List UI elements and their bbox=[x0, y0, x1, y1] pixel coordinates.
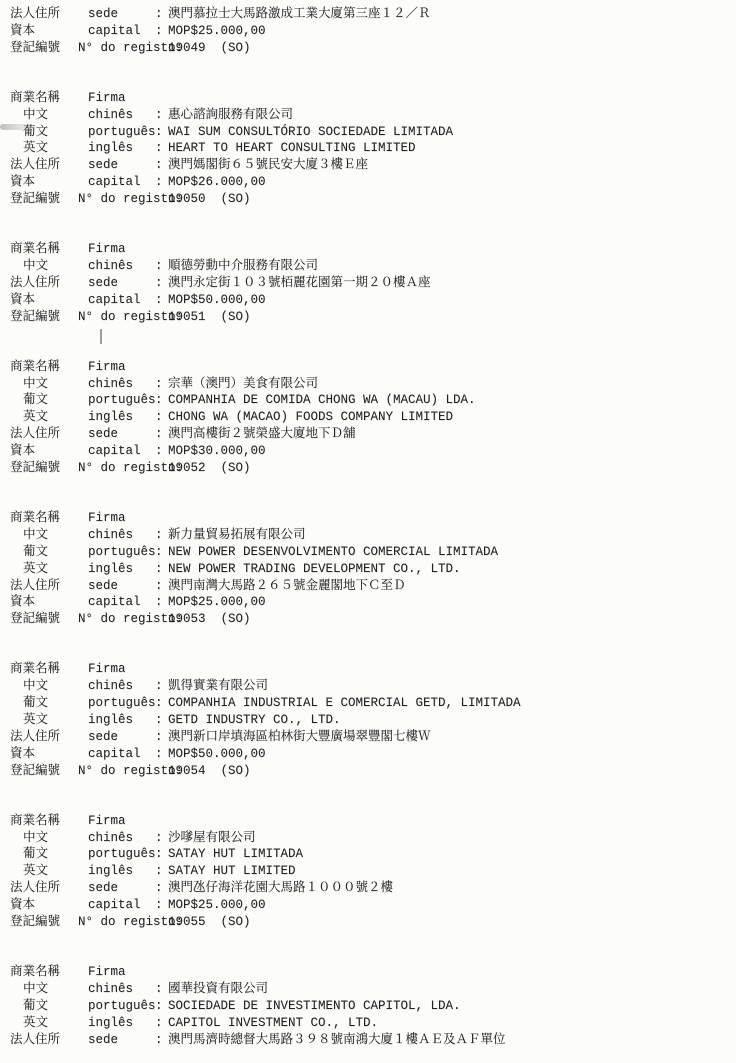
capital-value: MOP$26.000,00 bbox=[168, 174, 728, 191]
label-zh: 登記編號 bbox=[10, 914, 78, 931]
row-english-name: 英文 inglês : NEW POWER TRADING DEVELOPMEN… bbox=[10, 561, 728, 578]
row-capital: 資本 capital : MOP$26.000,00 bbox=[10, 174, 728, 191]
label-pt: N° do registo: bbox=[78, 309, 168, 326]
row-registered-office: 法人住所 sede : 澳門高樓街２號榮盛大廈地下Ｄ舖 bbox=[10, 426, 728, 443]
row-chinese-name: 中文 chinês : 惠心諮詢服務有限公司 bbox=[10, 107, 728, 124]
label-pt: inglês bbox=[88, 409, 155, 426]
row-capital: 資本 capital : MOP$50.000,00 bbox=[10, 292, 728, 309]
company-record: 商業名稱 Firma 中文 chinês : 新力量貿易拓展有限公司 葡文 po… bbox=[10, 510, 728, 628]
row-english-name: 英文 inglês : SATAY HUT LIMITED bbox=[10, 863, 728, 880]
row-portuguese-name: 葡文 português : COMPANHIA INDUSTRIAL E CO… bbox=[10, 695, 728, 712]
capital-value: MOP$25.000,00 bbox=[168, 594, 728, 611]
registration-number-value: 19054 (SO) bbox=[168, 763, 728, 780]
label-pt: capital bbox=[88, 897, 155, 914]
english-name-value: CHONG WA (MACAO) FOODS COMPANY LIMITED bbox=[168, 409, 728, 426]
label-zh: 商業名稱 bbox=[10, 359, 88, 376]
capital-value: MOP$25.000,00 bbox=[168, 897, 728, 914]
label-pt: inglês bbox=[88, 140, 155, 157]
row-business-name: 商業名稱 Firma bbox=[10, 661, 728, 678]
registration-number-value: 19052 (SO) bbox=[168, 460, 728, 477]
row-business-name: 商業名稱 Firma bbox=[10, 510, 728, 527]
label-zh: 葡文 bbox=[10, 392, 88, 409]
colon: : bbox=[155, 561, 168, 578]
label-zh: 法人住所 bbox=[10, 729, 88, 746]
label-pt: chinês bbox=[88, 258, 155, 275]
company-record: 商業名稱 Firma 中文 chinês : 惠心諮詢服務有限公司 葡文 por… bbox=[10, 90, 728, 208]
label-pt: Firma bbox=[88, 964, 155, 981]
colon: : bbox=[155, 746, 168, 763]
capital-value: MOP$25.000,00 bbox=[168, 23, 728, 40]
chinese-name-value: 順德勞動中介服務有限公司 bbox=[168, 258, 728, 275]
portuguese-name-value: COMPANHIA DE COMIDA CHONG WA (MACAU) LDA… bbox=[168, 392, 728, 409]
colon: : bbox=[155, 712, 168, 729]
row-english-name: 英文 inglês : HEART TO HEART CONSULTING LI… bbox=[10, 140, 728, 157]
label-zh: 商業名稱 bbox=[10, 964, 88, 981]
portuguese-name-value: SOCIEDADE DE INVESTIMENTO CAPITOL, LDA. bbox=[168, 998, 728, 1015]
colon: : bbox=[155, 292, 168, 309]
colon: : bbox=[155, 594, 168, 611]
registered-office-value: 澳門氹仔海洋花園大馬路１０００號２樓 bbox=[168, 880, 728, 897]
label-pt: capital bbox=[88, 594, 155, 611]
label-pt: sede bbox=[88, 880, 155, 897]
colon: : bbox=[155, 863, 168, 880]
capital-value: MOP$50.000,00 bbox=[168, 292, 728, 309]
label-zh: 商業名稱 bbox=[10, 241, 88, 258]
colon: : bbox=[155, 678, 168, 695]
row-business-name: 商業名稱 Firma bbox=[10, 813, 728, 830]
row-registration-number: 登記編號 N° do registo: 19054 (SO) bbox=[10, 763, 728, 780]
colon: : bbox=[155, 140, 168, 157]
company-record: 法人住所 sede : 澳門慕拉士大馬路激成工業大廈第三座１２／Ｒ 資本 cap… bbox=[10, 6, 728, 57]
label-pt: chinês bbox=[88, 830, 155, 847]
company-record: 商業名稱 Firma 中文 chinês : 順德勞動中介服務有限公司 法人住所… bbox=[10, 241, 728, 326]
label-pt: português bbox=[88, 392, 155, 409]
portuguese-name-value: WAI SUM CONSULTÓRIO SOCIEDADE LIMITADA bbox=[168, 124, 728, 141]
label-zh: 登記編號 bbox=[10, 460, 78, 477]
company-record: 商業名稱 Firma 中文 chinês : 凱得實業有限公司 葡文 portu… bbox=[10, 661, 728, 779]
colon: : bbox=[155, 107, 168, 124]
label-pt: Firma bbox=[88, 90, 155, 107]
row-english-name: 英文 inglês : GETD INDUSTRY CO., LTD. bbox=[10, 712, 728, 729]
label-pt: capital bbox=[88, 443, 155, 460]
label-zh: 資本 bbox=[10, 443, 88, 460]
english-name-value: CAPITOL INVESTMENT CO., LTD. bbox=[168, 1015, 728, 1032]
label-pt: Firma bbox=[88, 661, 155, 678]
row-registration-number: 登記編號 N° do registo: 19051 (SO) bbox=[10, 309, 728, 326]
colon: : bbox=[155, 998, 168, 1015]
colon: : bbox=[155, 527, 168, 544]
label-pt: capital bbox=[88, 174, 155, 191]
colon: : bbox=[155, 409, 168, 426]
label-zh: 資本 bbox=[10, 23, 88, 40]
label-zh: 資本 bbox=[10, 174, 88, 191]
chinese-name-value: 新力量貿易拓展有限公司 bbox=[168, 527, 728, 544]
label-zh: 葡文 bbox=[10, 998, 88, 1015]
row-portuguese-name: 葡文 português : SOCIEDADE DE INVESTIMENTO… bbox=[10, 998, 728, 1015]
row-capital: 資本 capital : MOP$50.000,00 bbox=[10, 746, 728, 763]
label-zh: 中文 bbox=[10, 376, 88, 393]
label-zh: 登記編號 bbox=[10, 763, 78, 780]
row-capital: 資本 capital : MOP$25.000,00 bbox=[10, 594, 728, 611]
row-registered-office: 法人住所 sede : 澳門氹仔海洋花園大馬路１０００號２樓 bbox=[10, 880, 728, 897]
colon: : bbox=[155, 981, 168, 998]
colon: : bbox=[155, 157, 168, 174]
portuguese-name-value: NEW POWER DESENVOLVIMENTO COMERCIAL LIMI… bbox=[168, 544, 728, 561]
label-zh: 商業名稱 bbox=[10, 661, 88, 678]
label-zh: 中文 bbox=[10, 678, 88, 695]
chinese-name-value: 國華投資有限公司 bbox=[168, 981, 728, 998]
registered-office-value: 澳門高樓街２號榮盛大廈地下Ｄ舖 bbox=[168, 426, 728, 443]
label-pt: português bbox=[88, 998, 155, 1015]
label-pt: português bbox=[88, 695, 155, 712]
label-pt: capital bbox=[88, 746, 155, 763]
row-registration-number: 登記編號 N° do registo: 19055 (SO) bbox=[10, 914, 728, 931]
label-zh: 英文 bbox=[10, 712, 88, 729]
registered-office-value: 澳門馬濟時總督大馬路３９８號南鴻大廈１樓ＡＥ及ＡＦ單位 bbox=[168, 1032, 728, 1049]
row-registered-office: 法人住所 sede : 澳門馬濟時總督大馬路３９８號南鴻大廈１樓ＡＥ及ＡＦ單位 bbox=[10, 1032, 728, 1049]
english-name-value: GETD INDUSTRY CO., LTD. bbox=[168, 712, 728, 729]
row-portuguese-name: 葡文 português : WAI SUM CONSULTÓRIO SOCIE… bbox=[10, 124, 728, 141]
registered-office-value: 澳門慕拉士大馬路激成工業大廈第三座１２／Ｒ bbox=[168, 6, 728, 23]
row-english-name: 英文 inglês : CAPITOL INVESTMENT CO., LTD. bbox=[10, 1015, 728, 1032]
label-pt: português bbox=[88, 124, 155, 141]
colon: : bbox=[155, 258, 168, 275]
label-pt: N° do registo: bbox=[78, 40, 168, 57]
company-record: 商業名稱 Firma 中文 chinês : 國華投資有限公司 葡文 portu… bbox=[10, 964, 728, 1049]
label-zh: 葡文 bbox=[10, 695, 88, 712]
row-chinese-name: 中文 chinês : 凱得實業有限公司 bbox=[10, 678, 728, 695]
label-pt: Firma bbox=[88, 359, 155, 376]
colon: : bbox=[155, 124, 168, 141]
portuguese-name-value: COMPANHIA INDUSTRIAL E COMERCIAL GETD, L… bbox=[168, 695, 728, 712]
label-pt: inglês bbox=[88, 712, 155, 729]
label-pt: N° do registo: bbox=[78, 611, 168, 628]
company-record: 商業名稱 Firma 中文 chinês : 宗華（澳門）美食有限公司 葡文 p… bbox=[10, 359, 728, 477]
label-zh: 英文 bbox=[10, 863, 88, 880]
row-chinese-name: 中文 chinês : 宗華（澳門）美食有限公司 bbox=[10, 376, 728, 393]
english-name-value: NEW POWER TRADING DEVELOPMENT CO., LTD. bbox=[168, 561, 728, 578]
chinese-name-value: 凱得實業有限公司 bbox=[168, 678, 728, 695]
registration-number-value: 19055 (SO) bbox=[168, 914, 728, 931]
label-pt: português bbox=[88, 544, 155, 561]
label-zh: 中文 bbox=[10, 107, 88, 124]
label-pt: Firma bbox=[88, 813, 155, 830]
label-pt: N° do registo: bbox=[78, 460, 168, 477]
label-pt: sede bbox=[88, 6, 155, 23]
row-registration-number: 登記編號 N° do registo: 19052 (SO) bbox=[10, 460, 728, 477]
label-zh: 商業名稱 bbox=[10, 510, 88, 527]
row-registered-office: 法人住所 sede : 澳門新口岸填海區柏林街大豐廣場翠豐閣七樓Ｗ bbox=[10, 729, 728, 746]
label-pt: N° do registo: bbox=[78, 191, 168, 208]
row-business-name: 商業名稱 Firma bbox=[10, 90, 728, 107]
registered-office-value: 澳門南灣大馬路２６５號金麗閣地下Ｃ至Ｄ bbox=[168, 578, 728, 595]
colon: : bbox=[155, 544, 168, 561]
chinese-name-value: 沙嗲屋有限公司 bbox=[168, 830, 728, 847]
label-pt: capital bbox=[88, 292, 155, 309]
label-pt: sede bbox=[88, 426, 155, 443]
label-zh: 法人住所 bbox=[10, 880, 88, 897]
label-zh: 英文 bbox=[10, 561, 88, 578]
colon: : bbox=[155, 376, 168, 393]
registered-office-value: 澳門永定街１０３號栢麗花園第一期２０樓Ａ座 bbox=[168, 275, 728, 292]
label-pt: chinês bbox=[88, 981, 155, 998]
label-pt: N° do registo: bbox=[78, 763, 168, 780]
row-business-name: 商業名稱 Firma bbox=[10, 359, 728, 376]
label-pt: chinês bbox=[88, 376, 155, 393]
row-business-name: 商業名稱 Firma bbox=[10, 964, 728, 981]
colon: : bbox=[155, 443, 168, 460]
row-registered-office: 法人住所 sede : 澳門南灣大馬路２６５號金麗閣地下Ｃ至Ｄ bbox=[10, 578, 728, 595]
label-zh: 資本 bbox=[10, 292, 88, 309]
row-capital: 資本 capital : MOP$25.000,00 bbox=[10, 897, 728, 914]
label-pt: sede bbox=[88, 1032, 155, 1049]
label-pt: Firma bbox=[88, 241, 155, 258]
row-chinese-name: 中文 chinês : 新力量貿易拓展有限公司 bbox=[10, 527, 728, 544]
company-record: 商業名稱 Firma 中文 chinês : 沙嗲屋有限公司 葡文 portug… bbox=[10, 813, 728, 931]
colon: : bbox=[155, 6, 168, 23]
english-name-value: SATAY HUT LIMITED bbox=[168, 863, 728, 880]
label-zh: 中文 bbox=[10, 830, 88, 847]
row-portuguese-name: 葡文 português : COMPANHIA DE COMIDA CHONG… bbox=[10, 392, 728, 409]
row-registered-office: 法人住所 sede : 澳門媽閣街６５號民安大廈３樓Ｅ座 bbox=[10, 157, 728, 174]
row-portuguese-name: 葡文 português : SATAY HUT LIMITADA bbox=[10, 846, 728, 863]
row-chinese-name: 中文 chinês : 沙嗲屋有限公司 bbox=[10, 830, 728, 847]
label-zh: 法人住所 bbox=[10, 275, 88, 292]
colon: : bbox=[155, 897, 168, 914]
label-zh: 登記編號 bbox=[10, 309, 78, 326]
row-capital: 資本 capital : MOP$30.000,00 bbox=[10, 443, 728, 460]
colon: : bbox=[155, 880, 168, 897]
label-zh: 資本 bbox=[10, 746, 88, 763]
row-registered-office: 法人住所 sede : 澳門永定街１０３號栢麗花園第一期２０樓Ａ座 bbox=[10, 275, 728, 292]
label-zh: 中文 bbox=[10, 527, 88, 544]
colon: : bbox=[155, 23, 168, 40]
label-pt: sede bbox=[88, 275, 155, 292]
label-zh: 登記編號 bbox=[10, 191, 78, 208]
label-zh: 法人住所 bbox=[10, 426, 88, 443]
label-zh: 法人住所 bbox=[10, 157, 88, 174]
colon: : bbox=[155, 578, 168, 595]
registry-document-page: 法人住所 sede : 澳門慕拉士大馬路激成工業大廈第三座１２／Ｒ 資本 cap… bbox=[0, 0, 736, 1049]
label-zh: 法人住所 bbox=[10, 6, 88, 23]
label-pt: sede bbox=[88, 729, 155, 746]
colon: : bbox=[155, 392, 168, 409]
colon: : bbox=[155, 695, 168, 712]
label-zh: 法人住所 bbox=[10, 578, 88, 595]
label-zh: 資本 bbox=[10, 897, 88, 914]
label-pt: sede bbox=[88, 578, 155, 595]
row-registration-number: 登記編號 N° do registo: 19050 (SO) bbox=[10, 191, 728, 208]
label-zh: 商業名稱 bbox=[10, 90, 88, 107]
row-registration-number: 登記編號 N° do registo: 19049 (SO) bbox=[10, 40, 728, 57]
label-zh: 登記編號 bbox=[10, 40, 78, 57]
colon: : bbox=[155, 174, 168, 191]
colon: : bbox=[155, 426, 168, 443]
row-chinese-name: 中文 chinês : 順德勞動中介服務有限公司 bbox=[10, 258, 728, 275]
registration-number-value: 19053 (SO) bbox=[168, 611, 728, 628]
label-pt: N° do registo: bbox=[78, 914, 168, 931]
scan-smudge bbox=[0, 124, 36, 130]
chinese-name-value: 宗華（澳門）美食有限公司 bbox=[168, 376, 728, 393]
row-business-name: 商業名稱 Firma bbox=[10, 241, 728, 258]
label-zh: 英文 bbox=[10, 140, 88, 157]
label-zh: 葡文 bbox=[10, 846, 88, 863]
label-pt: capital bbox=[88, 23, 155, 40]
capital-value: MOP$50.000,00 bbox=[168, 746, 728, 763]
capital-value: MOP$30.000,00 bbox=[168, 443, 728, 460]
registration-number-value: 19051 (SO) bbox=[168, 309, 728, 326]
label-pt: chinês bbox=[88, 107, 155, 124]
colon: : bbox=[155, 830, 168, 847]
registered-office-value: 澳門新口岸填海區柏林街大豐廣場翠豐閣七樓Ｗ bbox=[168, 729, 728, 746]
label-pt: inglês bbox=[88, 561, 155, 578]
label-zh: 葡文 bbox=[10, 544, 88, 561]
colon: : bbox=[155, 846, 168, 863]
label-pt: chinês bbox=[88, 527, 155, 544]
label-zh: 法人住所 bbox=[10, 1032, 88, 1049]
label-zh: 英文 bbox=[10, 409, 88, 426]
scan-mark bbox=[100, 329, 102, 344]
registration-number-value: 19050 (SO) bbox=[168, 191, 728, 208]
label-zh: 登記編號 bbox=[10, 611, 78, 628]
label-zh: 資本 bbox=[10, 594, 88, 611]
row-capital: 資本 capital : MOP$25.000,00 bbox=[10, 23, 728, 40]
colon: : bbox=[155, 275, 168, 292]
row-chinese-name: 中文 chinês : 國華投資有限公司 bbox=[10, 981, 728, 998]
chinese-name-value: 惠心諮詢服務有限公司 bbox=[168, 107, 728, 124]
row-registration-number: 登記編號 N° do registo: 19053 (SO) bbox=[10, 611, 728, 628]
label-pt: inglês bbox=[88, 863, 155, 880]
label-pt: inglês bbox=[88, 1015, 155, 1032]
label-pt: chinês bbox=[88, 678, 155, 695]
row-portuguese-name: 葡文 português : NEW POWER DESENVOLVIMENTO… bbox=[10, 544, 728, 561]
row-english-name: 英文 inglês : CHONG WA (MACAO) FOODS COMPA… bbox=[10, 409, 728, 426]
label-zh: 中文 bbox=[10, 258, 88, 275]
row-registered-office: 法人住所 sede : 澳門慕拉士大馬路激成工業大廈第三座１２／Ｒ bbox=[10, 6, 728, 23]
label-zh: 商業名稱 bbox=[10, 813, 88, 830]
label-pt: Firma bbox=[88, 510, 155, 527]
colon: : bbox=[155, 729, 168, 746]
english-name-value: HEART TO HEART CONSULTING LIMITED bbox=[168, 140, 728, 157]
label-pt: sede bbox=[88, 157, 155, 174]
label-pt: português bbox=[88, 846, 155, 863]
label-zh: 英文 bbox=[10, 1015, 88, 1032]
label-zh: 中文 bbox=[10, 981, 88, 998]
colon: : bbox=[155, 1015, 168, 1032]
colon: : bbox=[155, 1032, 168, 1049]
portuguese-name-value: SATAY HUT LIMITADA bbox=[168, 846, 728, 863]
registration-number-value: 19049 (SO) bbox=[168, 40, 728, 57]
registered-office-value: 澳門媽閣街６５號民安大廈３樓Ｅ座 bbox=[168, 157, 728, 174]
